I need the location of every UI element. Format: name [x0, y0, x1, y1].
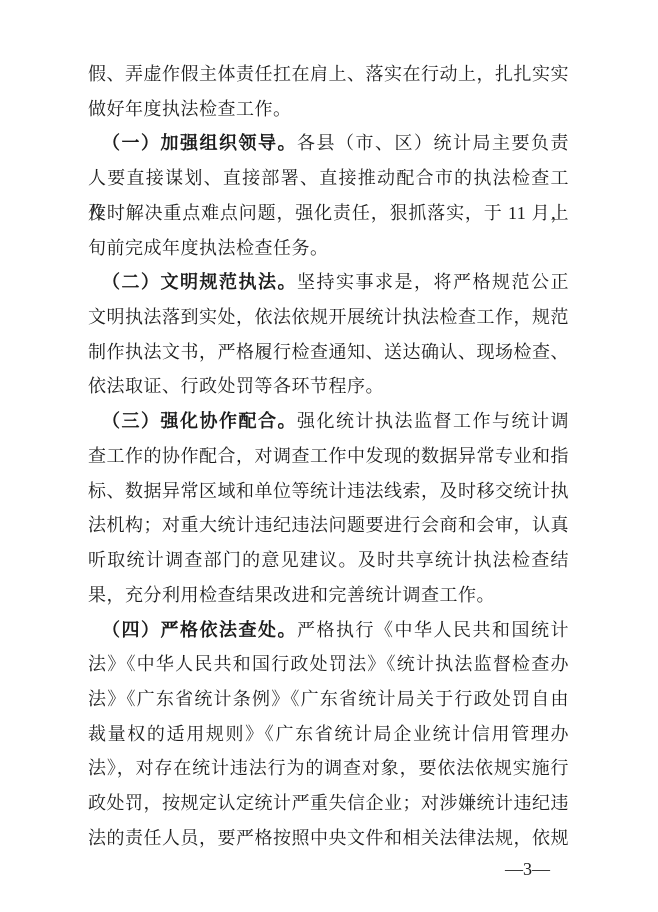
section-heading: （二）文明规范执法。 — [102, 272, 297, 292]
section-heading: （三）强化协作配合。 — [102, 411, 297, 431]
text-line: 查工作的协作配合，对调查工作中发现的数据异常专业和指 — [88, 439, 569, 474]
text-line: 人要直接谋划、直接部署、直接推动配合市的执法检查工作， — [88, 161, 569, 196]
text-line: 制作执法文书，严格履行检查通知、送达确认、现场检查、 — [88, 335, 569, 370]
document-page: 假、弄虚作假主体责任扛在肩上、落实在行动上，扎扎实实做好年度执法检查工作。（一）… — [0, 0, 658, 912]
text-line: 依法取证、行政处罚等各环节程序。 — [88, 369, 569, 404]
document-body: 假、弄虚作假主体责任扛在肩上、落实在行动上，扎扎实实做好年度执法检查工作。（一）… — [88, 57, 569, 856]
section-heading: （一）加强组织领导。 — [102, 133, 297, 153]
text-line: 裁量权的适用规则》《广东省统计局企业统计信用管理办 — [88, 717, 569, 752]
text-line: 果，充分利用检查结果改进和完善统计调查工作。 — [88, 578, 569, 613]
text-line: 法》《中华人民共和国行政处罚法》《统计执法监督检查办 — [88, 647, 569, 682]
text-line: 法机构；对重大统计违纪违法问题要进行会商和会审，认真 — [88, 508, 569, 543]
text-line: 法》，对存在统计违法行为的调查对象，要依法依规实施行 — [88, 751, 569, 786]
paragraph-heading-line: （一）加强组织领导。各县（市、区）统计局主要负责 — [88, 126, 569, 161]
paragraph-heading-line: （二）文明规范执法。坚持实事求是，将严格规范公正 — [88, 265, 569, 300]
text-line: 旬前完成年度执法检查任务。 — [88, 231, 569, 266]
text-line: 文明执法落到实处，依法依规开展统计执法检查工作，规范 — [88, 300, 569, 335]
text-line: 法的责任人员，要严格按照中央文件和相关法律法规，依规 — [88, 821, 569, 856]
section-heading: （四）严格依法查处。 — [102, 620, 297, 640]
paragraph-heading-line: （三）强化协作配合。强化统计执法监督工作与统计调 — [88, 404, 569, 439]
text-line: 做好年度执法检查工作。 — [88, 92, 569, 127]
text-line: 法》《广东省统计条例》《广东省统计局关于行政处罚自由 — [88, 682, 569, 717]
paragraph-heading-line: （四）严格依法查处。严格执行《中华人民共和国统计 — [88, 613, 569, 648]
page-number: —3— — [505, 858, 550, 880]
text-line: 假、弄虚作假主体责任扛在肩上、落实在行动上，扎扎实实 — [88, 57, 569, 92]
text-line: 标、数据异常区域和单位等统计违法线索，及时移交统计执 — [88, 474, 569, 509]
text-line: 政处罚，按规定认定统计严重失信企业；对涉嫌统计违纪违 — [88, 786, 569, 821]
text-line: 听取统计调查部门的意见建议。及时共享统计执法检查结 — [88, 543, 569, 578]
text-line: 及时解决重点难点问题，强化责任，狠抓落实，于 11 月上 — [88, 196, 569, 231]
